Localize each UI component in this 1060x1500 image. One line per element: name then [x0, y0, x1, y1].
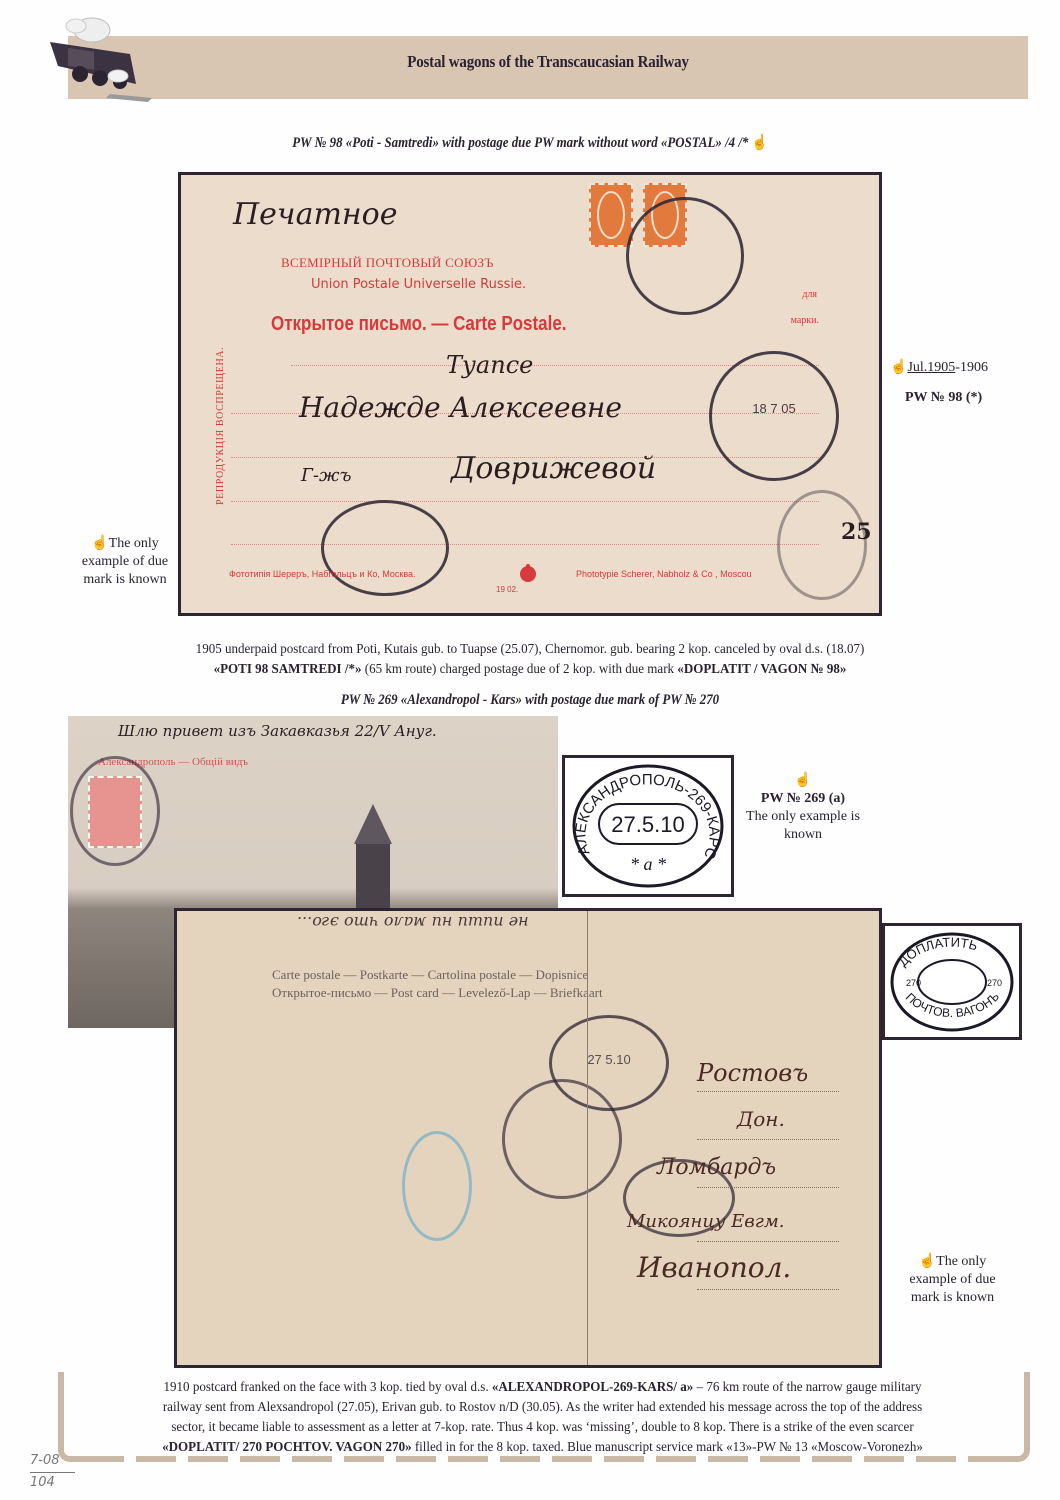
footer-year: 19 02. [496, 585, 518, 594]
postcard-back-rostov: Carte postale — Postkarte — Cartolina po… [174, 908, 882, 1368]
svg-text:27.5.10: 27.5.10 [611, 812, 684, 837]
stamp-1-kop [589, 183, 633, 247]
detail-due-mark-270: ДОПЛАТИТЬ ПОЧТОВ. ВАГОНЪ 270 270 [882, 923, 1022, 1040]
pointing-hand-icon: ☝ [738, 772, 868, 790]
ruled-line [697, 1187, 839, 1188]
svg-text:270: 270 [987, 978, 1002, 988]
svg-text:* a *: * a * [630, 854, 666, 874]
photo-cancel [70, 756, 160, 866]
ruled-line [697, 1289, 839, 1290]
printed-union-ru: ВСЕМIРНЫЙ ПОЧТОВЫЙ СОЮЗЪ [281, 255, 494, 271]
vertical-reproduction-text: РЕПРОДУКЦIЯ ВОСПРЕЩЕНА. [215, 347, 226, 505]
address-name: Надежде Алексеевне [299, 391, 622, 424]
address-surname: Доврижевой [451, 451, 656, 486]
upside-down-message: не пиши ни мало что эго... [297, 913, 529, 932]
date-range-note: ☝Jul.1905-1906 [890, 359, 1040, 377]
printed-multilang-1: Carte postale — Postkarte — Cartolina po… [272, 967, 588, 983]
arrival-cancel [777, 490, 867, 600]
footer-publisher-ru: Фототипiя Шереръ, Набгольцъ и Ко, Москва… [229, 569, 416, 579]
postcard-poti-samtredi: Печатное ВСЕМIРНЫЙ ПОЧТОВЫЙ СОЮЗЪ Union … [178, 172, 882, 616]
ruled-line [231, 501, 819, 502]
address-city: Туапсе [446, 351, 533, 379]
section1-title: PW № 98 «Poti - Samtredi» with postage d… [74, 133, 986, 152]
footer-publisher-en: Phototypie Scherer, Nabholz & Co , Mosco… [576, 569, 752, 579]
ruled-line [697, 1241, 839, 1242]
page-title: Postal wagons of the Transcaucasian Rail… [126, 52, 971, 72]
address-rostov: Ростовъ [697, 1059, 808, 1087]
detail-cancel-alexandropol-kars: АЛЕКСАНДРОПОЛЬ-269-КАРСЪ 27.5.10 * a * [562, 755, 734, 897]
svg-text:ДОПЛАТИТЬ: ДОПЛАТИТЬ [895, 935, 979, 969]
church-tower-image [348, 804, 398, 924]
pointing-hand-icon: ☝ [890, 360, 907, 375]
pointing-hand-icon: ☝ [752, 133, 768, 152]
divider-line [587, 911, 588, 1365]
steam-locomotive-icon [40, 14, 160, 104]
arrival-day: 25 [841, 519, 872, 545]
cancel-rostov [502, 1079, 622, 1199]
ruled-line [231, 544, 819, 545]
stamp-place-label-2: марки. [791, 315, 819, 326]
caption-section1: 1905 underpaid postcard from Poti, Kutai… [93, 640, 967, 680]
pointing-hand-icon: ☝ [91, 536, 108, 551]
pw-98-label: PW № 98 (*) [905, 389, 1025, 407]
only-example-note-1: ☝The only example of due mark is known [60, 535, 190, 589]
cancel-samtredi [626, 197, 744, 315]
pointing-hand-icon: ☝ [919, 1254, 936, 1269]
page-note-divider [30, 1472, 75, 1473]
ruled-line [697, 1139, 839, 1140]
imperial-eagle-icon [518, 563, 538, 585]
svg-text:270: 270 [906, 978, 921, 988]
only-example-note-2: ☝The only example of due mark is known [885, 1253, 1020, 1307]
ruled-line [697, 1091, 839, 1092]
due-mark-vagon-98 [321, 500, 449, 596]
stamp-place-label-1: для [802, 289, 817, 300]
due-mark-enlarged: ДОПЛАТИТЬ ПОЧТОВ. ВАГОНЪ 270 270 [885, 926, 1019, 1037]
address-prefix: Г-жъ [301, 465, 351, 486]
printed-card-title: Открытое письмо. — Carte Postale. [271, 313, 567, 336]
printed-multilang-2: Открытое-письмо — Post card — Levelező-L… [272, 985, 603, 1001]
cancel-poti-98-samtredi: 18 7 05 [709, 351, 839, 481]
oval-cancel-enlarged: АЛЕКСАНДРОПОЛЬ-269-КАРСЪ 27.5.10 * a * [565, 758, 731, 894]
pw-269-note: ☝ PW № 269 (a) The only example is known [738, 772, 868, 844]
address-don: Дон. [737, 1107, 785, 1131]
printed-union-fr: Union Postale Universelle Russie. [311, 277, 526, 292]
address-signature: Иванопол. [637, 1251, 791, 1284]
caption-section2: 1910 postcard franked on the face with 3… [89, 1378, 996, 1458]
section2-title: PW № 269 «Alexandropol - Kars» with post… [74, 692, 986, 709]
handwriting-pechatnoe: Печатное [233, 197, 398, 232]
blue-manuscript-13 [402, 1131, 472, 1241]
photo-handwriting: Шлю привет изъ Закавказья 22/V Ануг. [118, 722, 437, 740]
svg-text:АЛЕКСАНДРОПОЛЬ-269-КАРСЪ: АЛЕКСАНДРОПОЛЬ-269-КАРСЪ [565, 758, 723, 862]
address-recipient: Микоянцу Евгм. [627, 1211, 784, 1232]
address-lombard: Ломбардъ [657, 1155, 776, 1180]
header-band: Postal wagons of the Transcaucasian Rail… [68, 36, 1028, 99]
